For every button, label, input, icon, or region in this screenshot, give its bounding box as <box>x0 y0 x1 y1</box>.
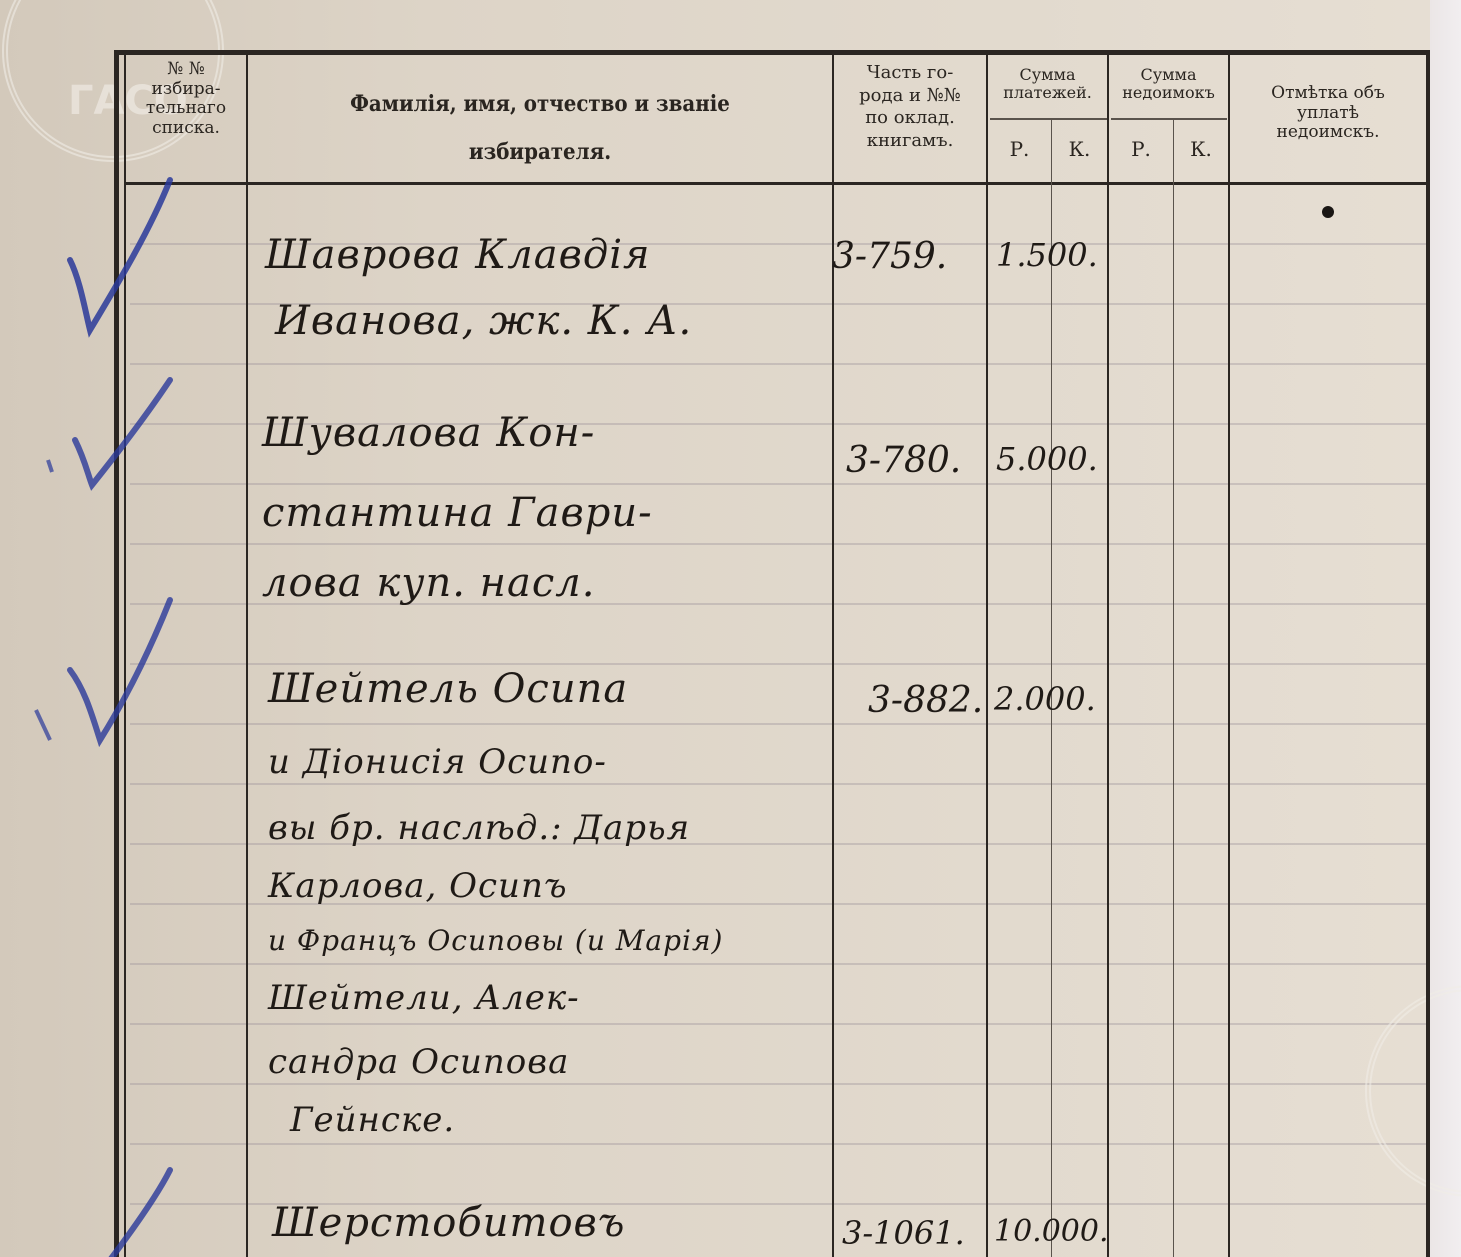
check-mark-icon <box>60 170 180 340</box>
voter-name-line: Шейтель Осипа <box>268 666 628 712</box>
header-name-line: Фамилія, имя, отчество и званіе <box>248 80 832 128</box>
voter-name-line: вы бр. наслѣд.: Дарья <box>268 808 690 848</box>
header-arrears-kop: К. <box>1174 138 1228 161</box>
table-right-border <box>1426 50 1430 1257</box>
header-district-line: рода и №№ <box>834 85 986 108</box>
header-number: № № избира- тельнаго списка. <box>126 60 246 138</box>
header-payments-line: платежей. <box>988 84 1107 102</box>
payment-amount: 10.000. <box>994 1214 1109 1249</box>
voter-name-line: и Францъ Осиповы (и Марія) <box>268 924 723 957</box>
ruled-lines <box>130 185 1430 1257</box>
voter-name-line: Гейнске. <box>290 1100 455 1140</box>
header-payments-kop: К. <box>1052 138 1107 161</box>
header-note: Отмѣтка объ уплатѣ недоимскъ. <box>1230 84 1426 143</box>
table-top-border <box>114 50 1430 55</box>
header-note-line: уплатѣ <box>1230 104 1426 124</box>
voter-name-line: сандра Осипова <box>268 1042 569 1082</box>
payment-amount: 1.500. <box>996 236 1098 274</box>
header-arrears: Сумма недоимокъ <box>1109 66 1228 103</box>
voter-name-line: стантина Гаври- <box>262 490 653 536</box>
header-arrears-rub: Р. <box>1109 138 1173 161</box>
col-divider-1 <box>246 55 248 1257</box>
check-mark-icon <box>30 580 180 760</box>
voter-name-line: и Діонисія Осипо- <box>268 742 607 782</box>
ink-dot <box>1322 206 1334 218</box>
voter-name-line: Карлова, Осипъ <box>268 866 568 906</box>
district-ref: 3-882. <box>868 680 983 721</box>
district-ref: 3-780. <box>846 440 961 481</box>
voter-name-line: Иванова, жк. К. А. <box>275 298 692 344</box>
header-note-line: Отмѣтка объ <box>1230 84 1426 104</box>
header-district-line: Часть го- <box>834 62 986 85</box>
col-divider-5 <box>1107 55 1109 1257</box>
col-divider-3 <box>986 55 988 1257</box>
subheader-rule-payments <box>990 118 1107 120</box>
voter-name-line: Шувалова Кон- <box>262 410 595 456</box>
check-mark-icon <box>40 360 180 500</box>
header-arrears-line: Сумма <box>1109 66 1228 84</box>
header-name: Фамилія, имя, отчество и званіе избирате… <box>248 80 832 177</box>
voter-name-line: Шерстобитовъ <box>272 1200 625 1246</box>
payment-amount: 5.000. <box>996 440 1098 478</box>
header-number-line: списка. <box>126 119 246 139</box>
col-divider-6 <box>1173 120 1174 1257</box>
header-name-line: избирателя. <box>248 128 832 176</box>
header-number-line: тельнаго <box>126 99 246 119</box>
header-district-line: по оклад. <box>834 107 986 130</box>
header-number-line: избира- <box>126 80 246 100</box>
subheader-rule-arrears <box>1111 118 1227 120</box>
payment-amount: 2.000. <box>994 680 1096 718</box>
col-divider-7 <box>1228 55 1230 1257</box>
header-payments-rub: Р. <box>988 138 1051 161</box>
header-arrears-line: недоимокъ <box>1109 84 1228 102</box>
check-mark-icon <box>70 1150 180 1257</box>
voter-name-line: Шейтели, Алек- <box>268 978 580 1018</box>
district-ref: 3-1061. <box>842 1214 965 1252</box>
district-ref: 3-759. <box>832 236 947 277</box>
header-district-line: книгамъ. <box>834 130 986 153</box>
header-district: Часть го- рода и №№ по оклад. книгамъ. <box>834 62 986 152</box>
header-number-line: № № <box>126 60 246 80</box>
header-payments: Сумма платежей. <box>988 66 1107 103</box>
voter-name-line: лова куп. насл. <box>262 560 595 606</box>
header-payments-line: Сумма <box>988 66 1107 84</box>
voter-name-line: Шаврова Клавдія <box>265 232 651 278</box>
header-bottom-border <box>124 182 1430 185</box>
header-note-line: недоимскъ. <box>1230 123 1426 143</box>
